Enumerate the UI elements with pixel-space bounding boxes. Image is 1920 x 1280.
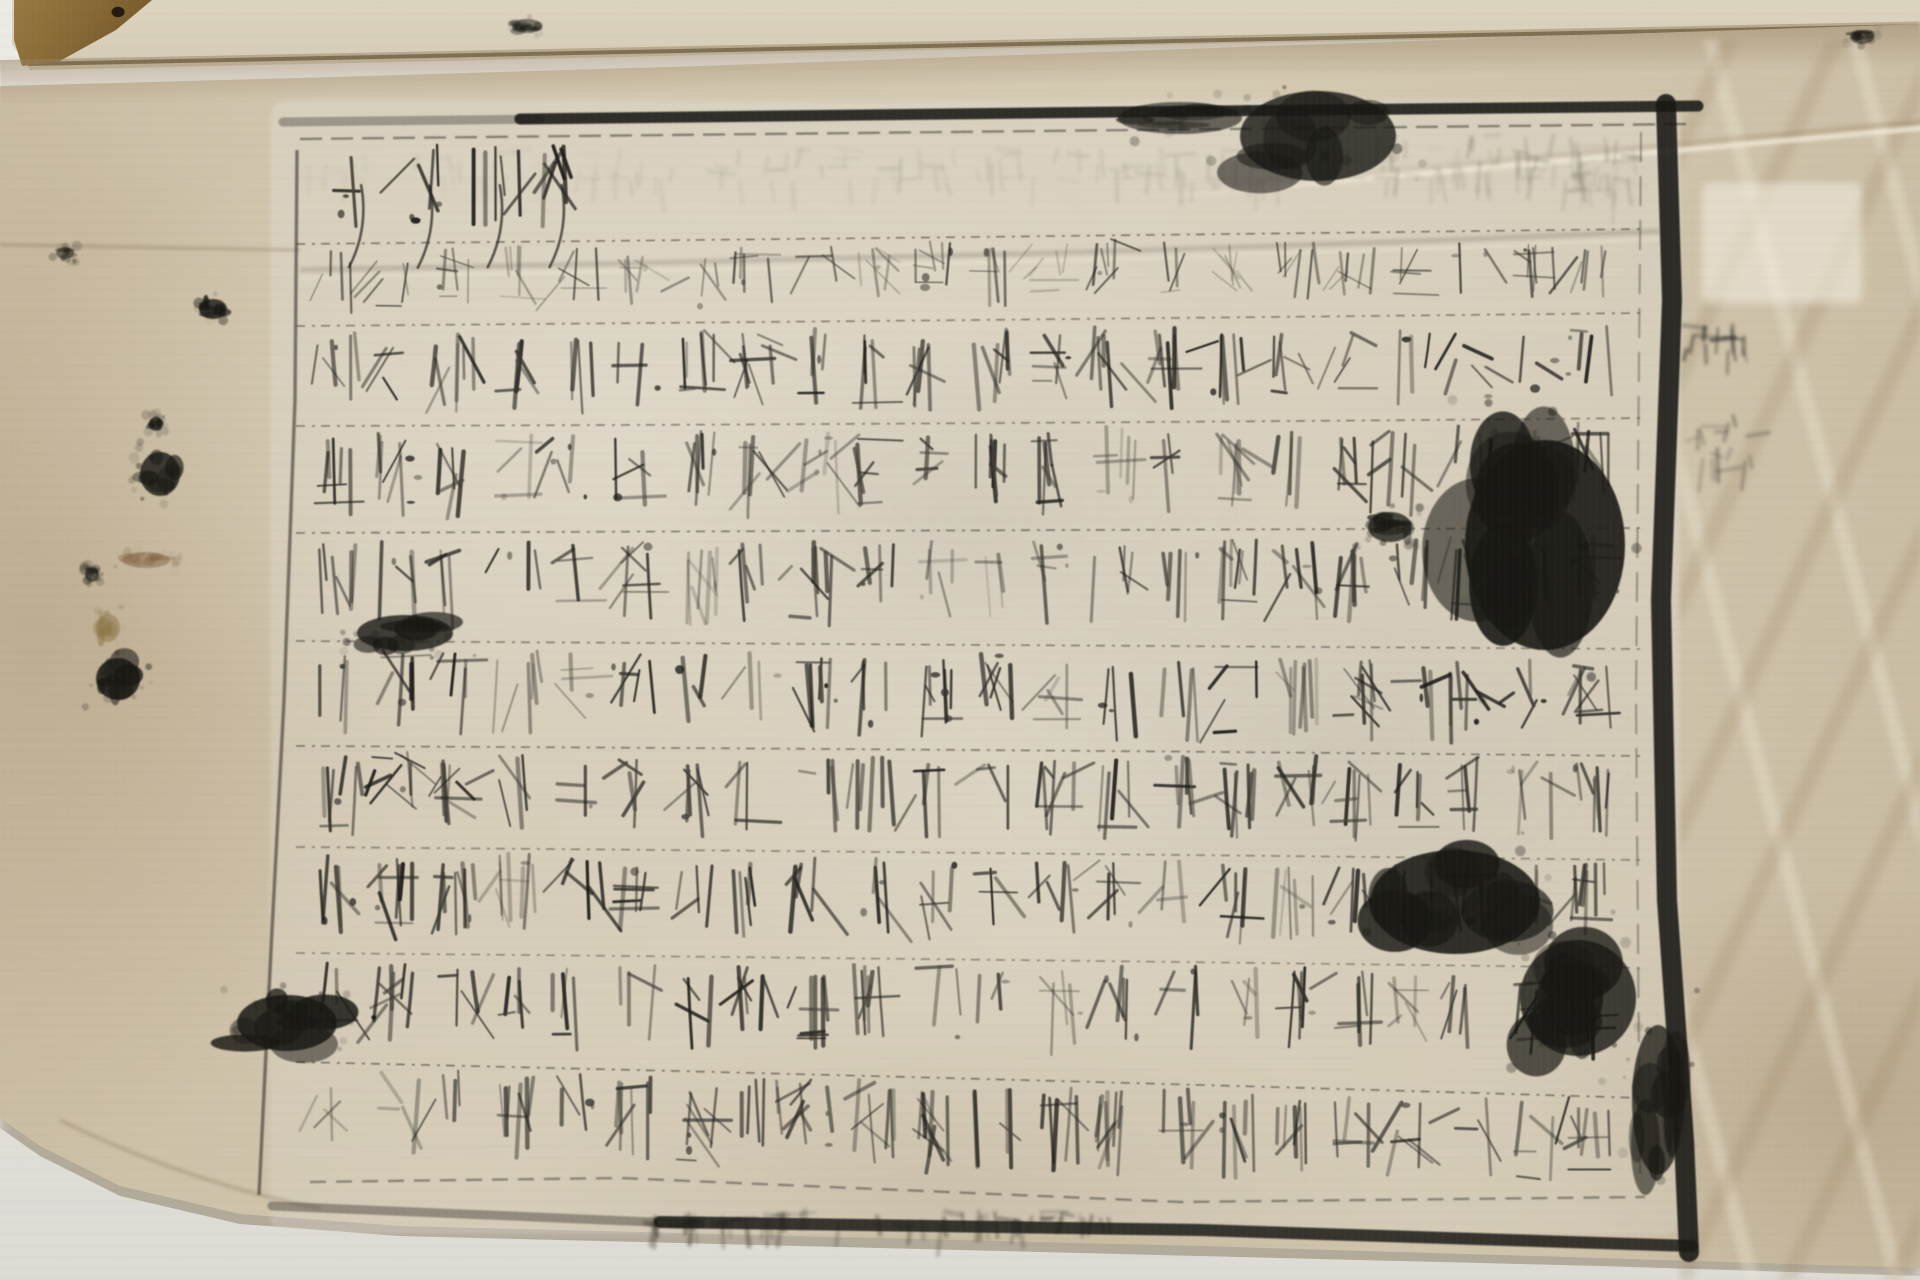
photo-of-antique-book-page: 書集傳序 慶元己未冬先生文公令沈作書集傳明年先生歿又十 年始克成編總若干萬言嗚呼… [0,0,1920,1280]
printed-text-block [0,0,1920,1280]
woodblock-characters [300,145,1621,1180]
printing-frame-border [259,104,1698,1252]
